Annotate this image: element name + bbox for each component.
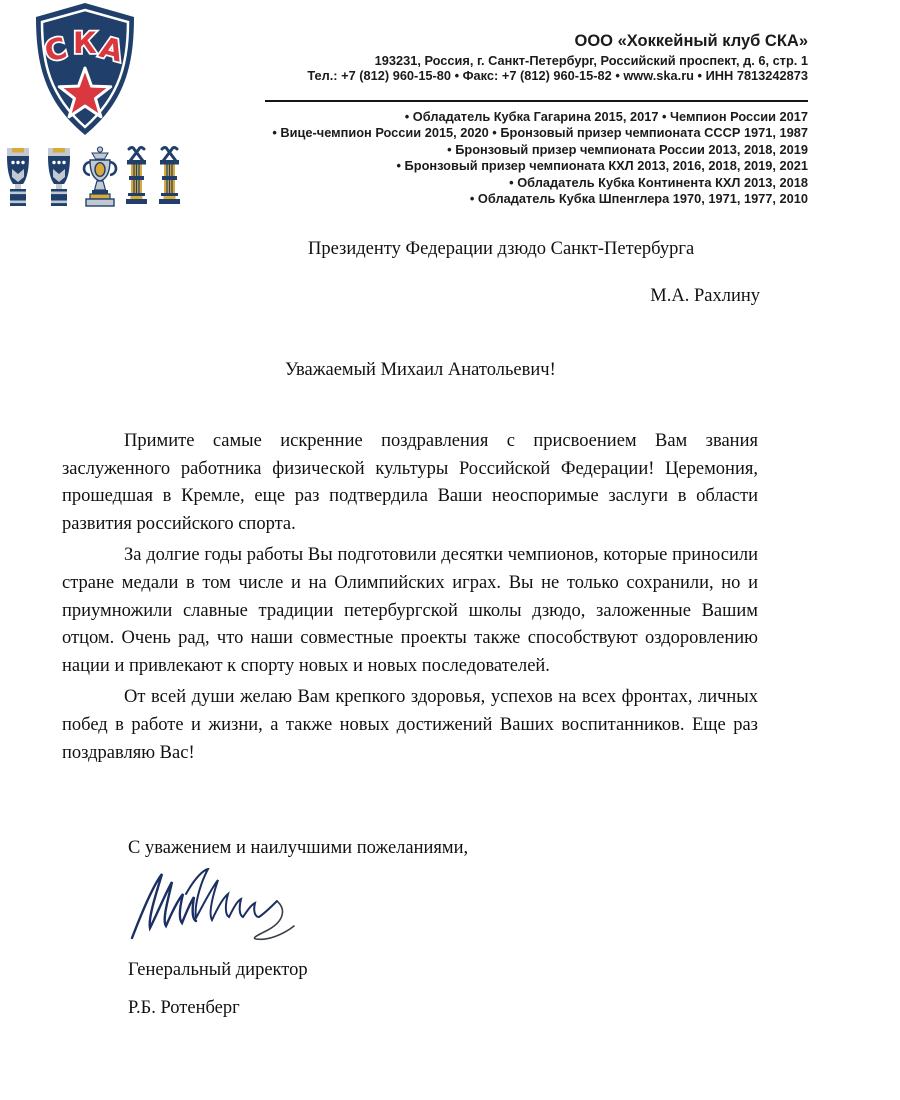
ska-shield-logo: С К А	[33, 2, 137, 136]
trophy-row	[5, 146, 185, 209]
achievement-line: • Бронзовый призер чемпионата России 201…	[272, 142, 808, 158]
ska-shield-icon: С К А	[33, 2, 137, 136]
body-paragraph: От всей души желаю Вам крепкого здоровья…	[62, 684, 758, 767]
achievement-line: • Обладатель Кубка Шпенглера 1970, 1971,…	[272, 191, 808, 207]
letterhead-block: ООО «Хоккейный клуб СКА» 193231, Россия,…	[307, 30, 808, 83]
addressee-block: Президенту Федерации дзюдо Санкт-Петербу…	[308, 238, 760, 307]
org-contacts: Тел.: +7 (812) 960-15-80 • Факс: +7 (812…	[307, 68, 808, 83]
trophy-cup-icon	[81, 146, 119, 208]
achievement-line: • Обладатель Кубка Гагарина 2015, 2017 •…	[272, 109, 808, 125]
signer-title: Генеральный директор	[128, 960, 308, 981]
svg-text:К: К	[73, 26, 97, 60]
gagarin-cup-icon	[5, 146, 31, 208]
achievement-line: • Бронзовый призер чемпионата КХЛ 2013, …	[272, 158, 808, 174]
letter-page: { "header": { "org_name": "ООО «Хоккейны…	[0, 0, 900, 1100]
letter-body: Примите самые искренние поздравления с п…	[62, 428, 758, 771]
addressee-position: Президенту Федерации дзюдо Санкт-Петербу…	[308, 238, 760, 260]
body-paragraph: За долгие годы работы Вы подготовили дес…	[62, 542, 758, 680]
closing-line: С уважением и наилучшими пожеланиями,	[128, 838, 468, 859]
salutation: Уважаемый Михаил Анатольевич!	[285, 360, 556, 381]
achievement-line: • Обладатель Кубка Континента КХЛ 2013, …	[272, 175, 808, 191]
body-paragraph: Примите самые искренние поздравления с п…	[62, 428, 758, 538]
header-divider	[265, 100, 808, 102]
signer-name: Р.Б. Ротенберг	[128, 998, 240, 1019]
continental-cup-icon	[157, 146, 182, 208]
org-address: 193231, Россия, г. Санкт-Петербург, Росс…	[307, 53, 808, 68]
continental-cup-icon	[124, 146, 149, 208]
achievement-line: • Вице-чемпион России 2015, 2020 • Бронз…	[272, 125, 808, 141]
signature-icon	[126, 868, 316, 958]
signature-scribble	[126, 868, 316, 958]
org-name: ООО «Хоккейный клуб СКА»	[307, 30, 808, 53]
addressee-name: М.А. Рахлину	[308, 285, 760, 307]
gagarin-cup-icon	[46, 146, 72, 208]
achievements-list: • Обладатель Кубка Гагарина 2015, 2017 •…	[272, 109, 808, 207]
